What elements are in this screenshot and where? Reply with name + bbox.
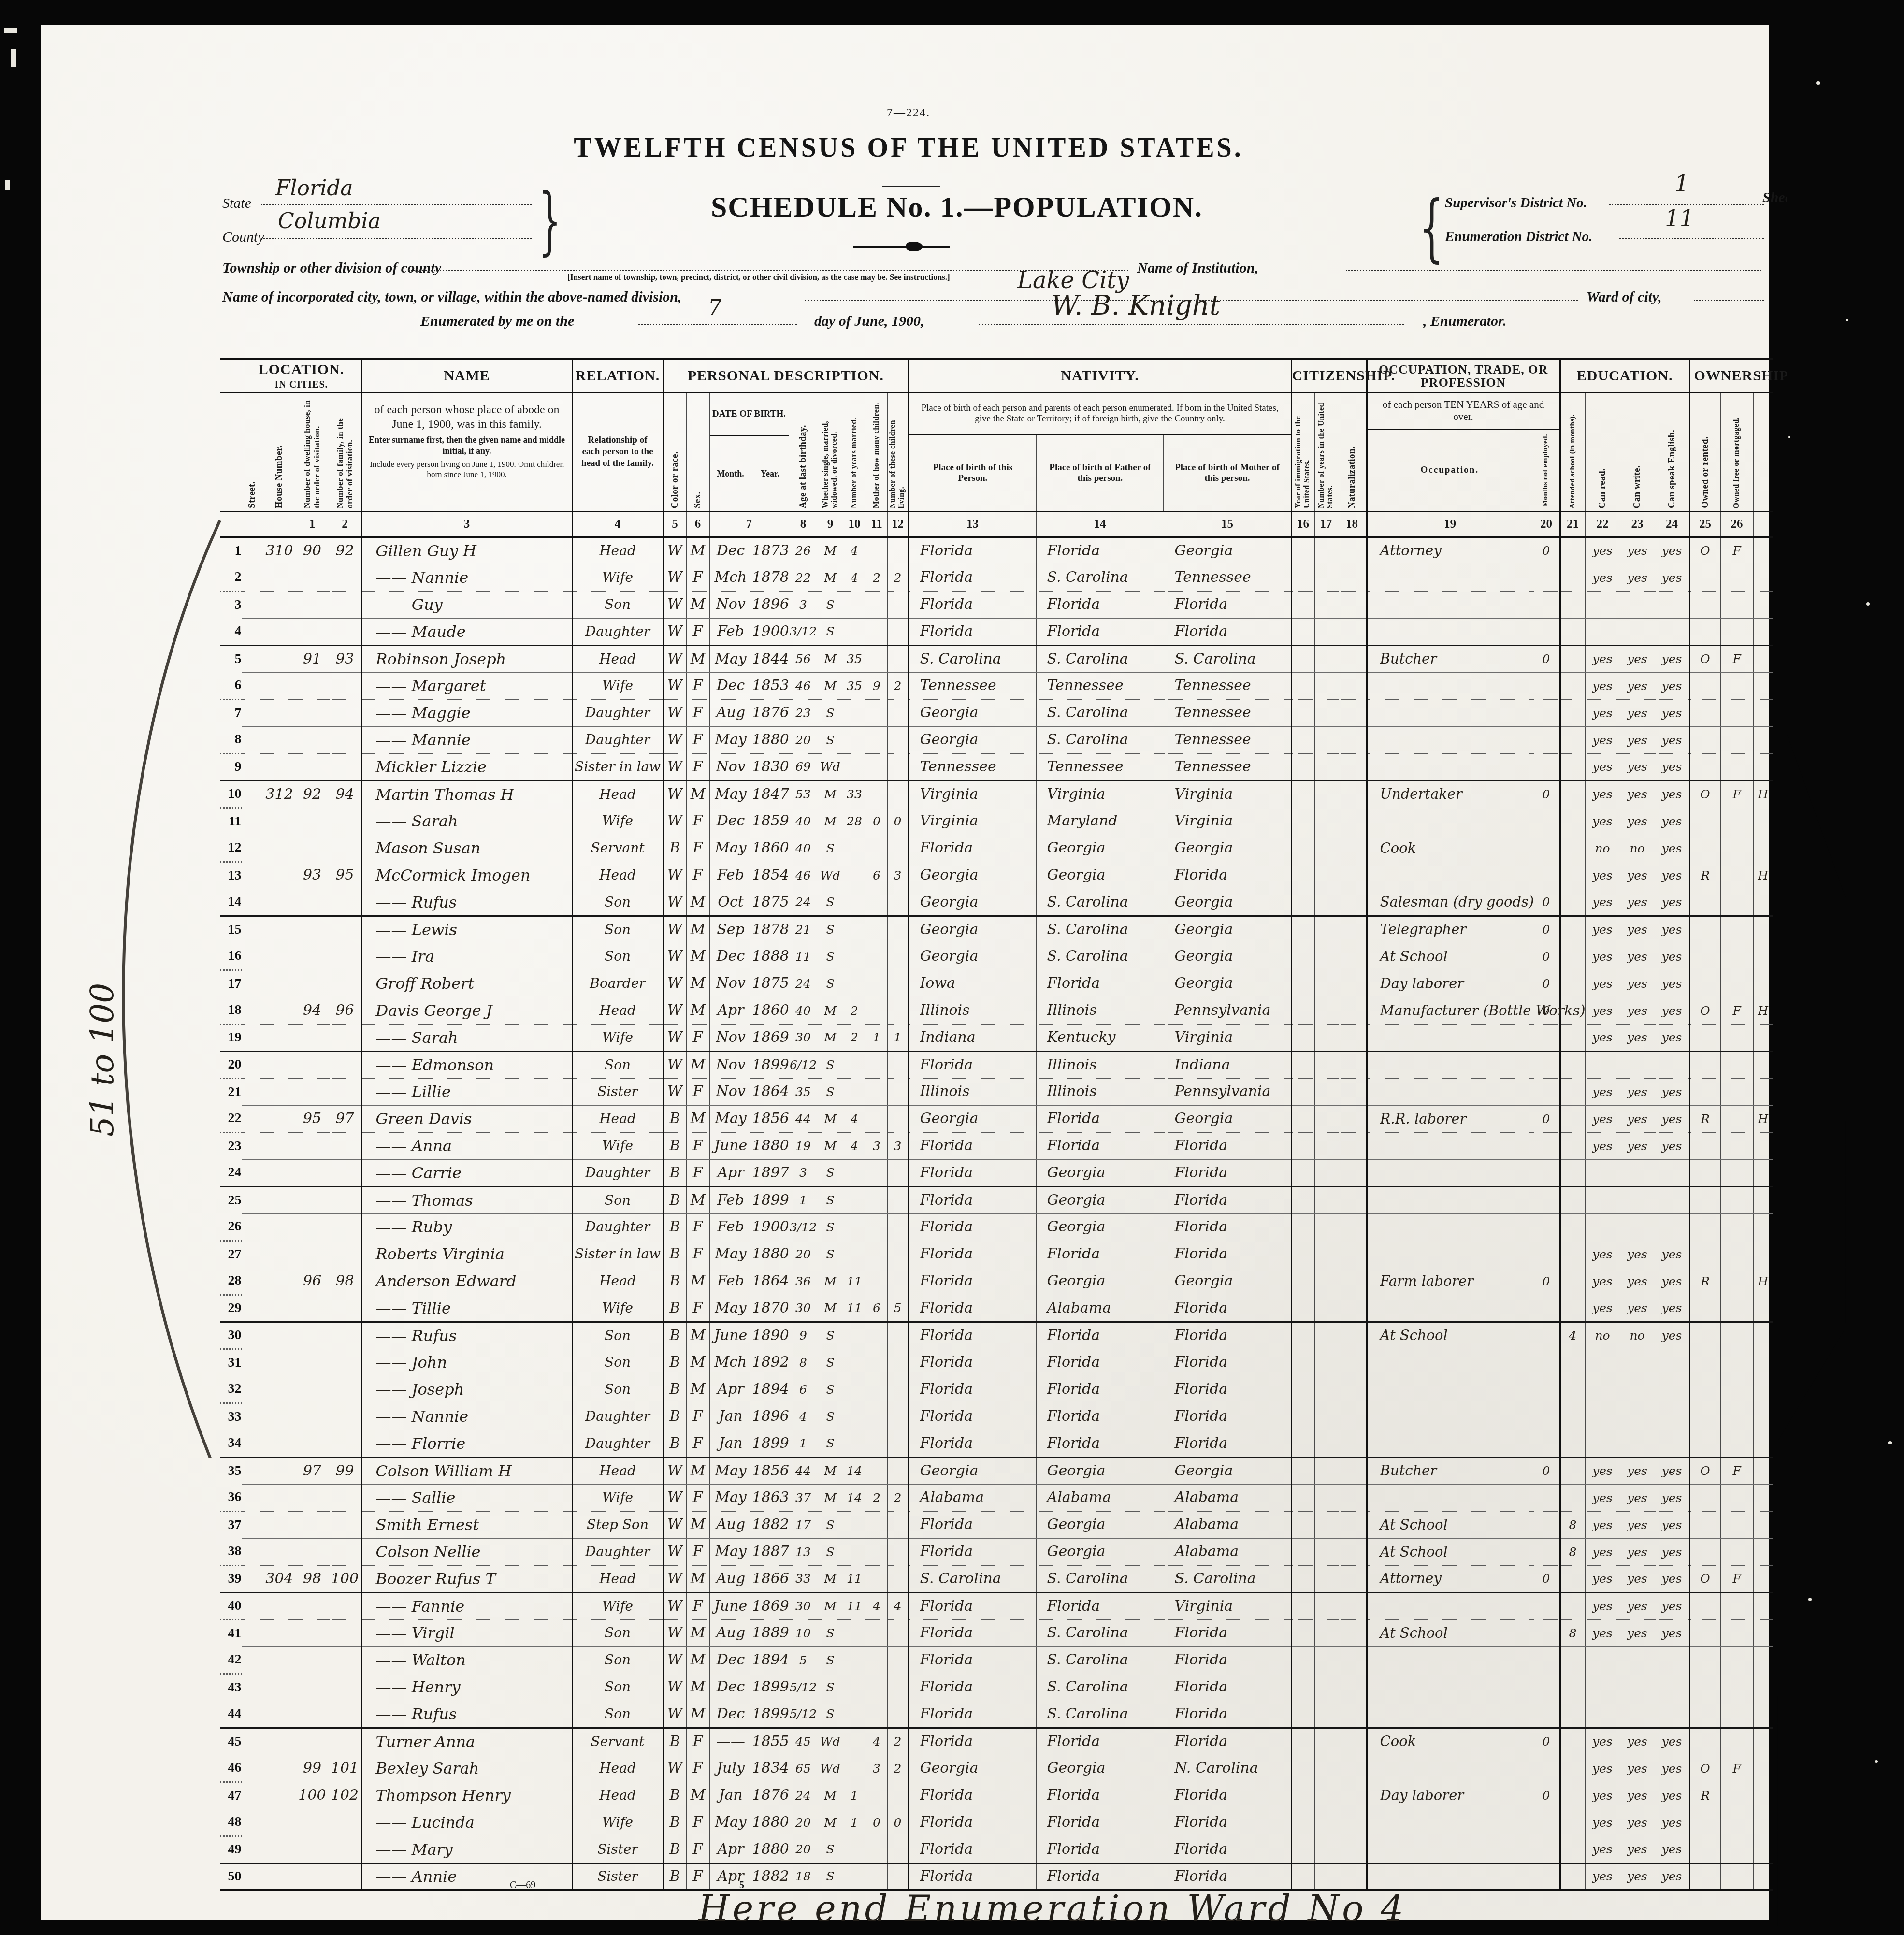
cell-birth-year: 1897 [752, 1159, 789, 1186]
line-number: 16 [220, 943, 242, 970]
cell-marital: S [818, 943, 843, 970]
cell-relation: Daughter [572, 1538, 663, 1565]
cell-children-living [887, 1078, 909, 1105]
cell-street [242, 618, 263, 645]
cell-years-married: 35 [843, 672, 866, 699]
cell-birth-month: May [709, 1457, 752, 1484]
cell-naturalization [1338, 1484, 1367, 1511]
cell-age: 11 [789, 943, 818, 970]
cell-can-write: yes [1620, 1024, 1655, 1051]
cell-mother-birthplace: Alabama [1164, 1511, 1291, 1538]
cell-children-living [887, 1538, 909, 1565]
cell-sex: F [686, 1078, 709, 1105]
line-number: 18 [220, 997, 242, 1024]
cell-family-number [329, 1349, 361, 1376]
cell-naturalization [1338, 1619, 1367, 1646]
cell-years-married: 11 [843, 1295, 866, 1322]
cell-age: 20 [789, 1241, 818, 1268]
cell-farm-house [1753, 1295, 1773, 1322]
cell-birth-year: 1899 [752, 1674, 789, 1701]
cell-family-number [329, 1538, 361, 1565]
cell-school-months [1560, 1782, 1585, 1809]
cell-mother-birthplace: Florida [1164, 1186, 1291, 1213]
cell-can-write: yes [1620, 672, 1655, 699]
cell-age: 20 [789, 726, 818, 753]
cell-name: —— Ira [361, 943, 572, 970]
cell-speaks-english [1655, 1674, 1689, 1701]
cell-name: —— Nannie [361, 564, 572, 591]
cell-age: 44 [789, 1457, 818, 1484]
cell-can-read: yes [1585, 1782, 1620, 1809]
scan-artifact [1846, 319, 1848, 321]
cell-house-number [263, 1782, 296, 1809]
bottom-handwritten-note: Here end Enumeration Ward No 4 [698, 1888, 1406, 1930]
cell-occupation [1367, 564, 1533, 591]
cell-dwelling-number [296, 1674, 329, 1701]
cell-years-married: 1 [843, 1782, 866, 1809]
cell-farm-house [1753, 1809, 1773, 1836]
cell-house-number [263, 1186, 296, 1213]
cell-house-number [263, 1403, 296, 1430]
cell-family-number: 95 [329, 862, 361, 889]
cell-age: 35 [789, 1078, 818, 1105]
cell-birth-year: 1869 [752, 1592, 789, 1619]
cell-father-birthplace: Florida [1036, 1782, 1164, 1809]
table-row: 2 —— Nannie Wife W F Mch 1878 22 M 4 2 2 [220, 564, 1773, 591]
cell-color: W [663, 1484, 686, 1511]
cell-immigration-year [1291, 699, 1314, 726]
cell-age: 69 [789, 753, 818, 780]
cell-months-not-employed [1533, 1674, 1560, 1701]
cell-immigration-year [1291, 1132, 1314, 1159]
table-row: 16 —— Ira Son W M Dec 1888 11 S G [220, 943, 1773, 970]
cell-children-born [866, 1078, 887, 1105]
cell-name: —— Nannie [361, 1403, 572, 1430]
cell-color: W [663, 1755, 686, 1782]
cell-farm-house [1753, 1701, 1773, 1728]
cell-speaks-english: yes [1655, 645, 1689, 672]
cell-free-mortgaged [1720, 1728, 1753, 1755]
cell-birthplace: Georgia [909, 862, 1036, 889]
cell-house-number [263, 1295, 296, 1322]
cell-relation: Wife [572, 672, 663, 699]
enumerated-day: 7 [708, 296, 721, 320]
cell-speaks-english: yes [1655, 1728, 1689, 1755]
table-row: 15 —— Lewis Son W M Sep 1878 21 S [220, 916, 1773, 943]
cell-children-born: 3 [866, 1132, 887, 1159]
cell-relation: Servant [572, 835, 663, 862]
cell-father-birthplace: S. Carolina [1036, 1646, 1164, 1674]
cell-months-not-employed: 0 [1533, 889, 1560, 916]
cell-street [242, 1430, 263, 1457]
cell-months-not-employed: 0 [1533, 970, 1560, 997]
cell-relation: Head [572, 645, 663, 672]
cell-farm-house [1753, 645, 1773, 672]
cell-marital: Wd [818, 862, 843, 889]
cell-name: —— Lillie [361, 1078, 572, 1105]
cell-sex: M [686, 1376, 709, 1403]
cell-farm-house [1753, 753, 1773, 780]
cell-children-living [887, 1241, 909, 1268]
cell-color: B [663, 1105, 686, 1132]
cell-free-mortgaged [1720, 862, 1753, 889]
cell-house-number [263, 1376, 296, 1403]
cell-father-birthplace: Georgia [1036, 1268, 1164, 1295]
cell-name: McCormick Imogen [361, 862, 572, 889]
cell-color: B [663, 1836, 686, 1863]
cell-children-living: 0 [887, 808, 909, 835]
cell-owned-rented [1689, 1430, 1720, 1457]
cell-father-birthplace: Virginia [1036, 780, 1164, 808]
scan-artifact [5, 180, 10, 190]
cell-school-months [1560, 1646, 1585, 1674]
cell-father-birthplace: S. Carolina [1036, 699, 1164, 726]
cell-street [242, 1863, 263, 1890]
cell-birth-year: 1856 [752, 1457, 789, 1484]
cell-marital: M [818, 808, 843, 835]
cell-naturalization [1338, 672, 1367, 699]
cell-father-birthplace: Florida [1036, 1105, 1164, 1132]
cell-can-read [1585, 1430, 1620, 1457]
table-row: 7 —— Maggie Daughter W F Aug 1876 23 S [220, 699, 1773, 726]
cell-can-read: yes [1585, 916, 1620, 943]
cell-immigration-year [1291, 726, 1314, 753]
cell-house-number [263, 1619, 296, 1646]
line-number: 48 [220, 1809, 242, 1836]
cell-months-not-employed [1533, 1403, 1560, 1430]
cell-birthplace: Iowa [909, 970, 1036, 997]
cell-years-married: 4 [843, 1132, 866, 1159]
cell-relation: Son [572, 889, 663, 916]
cell-can-read: yes [1585, 997, 1620, 1024]
cell-children-living: 2 [887, 1755, 909, 1782]
cell-free-mortgaged: F [1720, 997, 1753, 1024]
cell-family-number [329, 1078, 361, 1105]
cell-immigration-year [1291, 970, 1314, 997]
cell-immigration-year [1291, 1619, 1314, 1646]
cell-children-born [866, 1403, 887, 1430]
cell-months-not-employed: 0 [1533, 1565, 1560, 1592]
cell-relation: Son [572, 1674, 663, 1701]
cell-name: —— Mannie [361, 726, 572, 753]
cell-age: 22 [789, 564, 818, 591]
cell-months-not-employed [1533, 1701, 1560, 1728]
cell-mother-birthplace: Georgia [1164, 943, 1291, 970]
cell-relation: Sister [572, 1863, 663, 1890]
cell-speaks-english: yes [1655, 1024, 1689, 1051]
table-row: 46 99 101 Bexley Sarah Head W F July 183… [220, 1755, 1773, 1782]
cell-marital: Wd [818, 1755, 843, 1782]
col-owned: Owned or rented. [1689, 392, 1720, 511]
cell-dwelling-number [296, 1809, 329, 1836]
cell-can-write: yes [1620, 1863, 1655, 1890]
cell-street [242, 591, 263, 618]
cell-children-born [866, 943, 887, 970]
cell-immigration-year [1291, 1159, 1314, 1186]
col-edge [1753, 392, 1773, 511]
cell-farm-house [1753, 1376, 1773, 1403]
cell-birthplace: Florida [909, 1241, 1036, 1268]
cell-free-mortgaged [1720, 564, 1753, 591]
scan-artifact [1816, 81, 1820, 85]
enumeration-label: Enumeration District No. [1445, 229, 1592, 245]
cell-mother-birthplace: Virginia [1164, 780, 1291, 808]
cell-age: 18 [789, 1863, 818, 1890]
cell-children-born [866, 1782, 887, 1809]
cell-name: Turner Anna [361, 1728, 572, 1755]
cell-birth-month: May [709, 1538, 752, 1565]
cell-naturalization [1338, 1457, 1367, 1484]
col-mother-of: Mother of how many children. [866, 392, 887, 511]
cell-school-months [1560, 1863, 1585, 1890]
cell-free-mortgaged [1720, 1701, 1753, 1728]
cell-birth-year: 1869 [752, 1024, 789, 1051]
cell-school-months [1560, 1809, 1585, 1836]
table-row: 18 94 96 Davis George J Head W M Apr 186… [220, 997, 1773, 1024]
cell-father-birthplace: Alabama [1036, 1295, 1164, 1322]
institution-label: Name of Institution, [1137, 260, 1258, 276]
cell-can-write [1620, 1051, 1655, 1078]
cell-years-married: 4 [843, 564, 866, 591]
cell-speaks-english: yes [1655, 1484, 1689, 1511]
cell-dwelling-number: 90 [296, 537, 329, 564]
cell-years-in-us [1314, 1809, 1338, 1836]
footer-code: C—69 [510, 1880, 535, 1891]
cell-sex: M [686, 591, 709, 618]
cell-mother-birthplace: Florida [1164, 1809, 1291, 1836]
cell-house-number [263, 1349, 296, 1376]
cell-sex: M [686, 1051, 709, 1078]
cell-marital: S [818, 1376, 843, 1403]
col-naturalization: Naturalization. [1338, 392, 1367, 511]
cell-sex: F [686, 1213, 709, 1241]
cell-father-birthplace: Illinois [1036, 1051, 1164, 1078]
cell-birth-month: Feb [709, 1186, 752, 1213]
cell-birth-year: 1900 [752, 618, 789, 645]
cell-name: —— Edmonson [361, 1051, 572, 1078]
cell-speaks-english [1655, 1430, 1689, 1457]
table-row: 33 —— Nannie Daughter B F Jan 1896 4 S [220, 1403, 1773, 1430]
cell-marital: M [818, 1268, 843, 1295]
cell-children-living: 4 [887, 1592, 909, 1619]
cell-children-born [866, 645, 887, 672]
cell-sex: F [686, 1132, 709, 1159]
cell-sex: F [686, 808, 709, 835]
cell-months-not-employed [1533, 1592, 1560, 1619]
cell-relation: Wife [572, 1592, 663, 1619]
cell-house-number [263, 591, 296, 618]
cell-free-mortgaged [1720, 1619, 1753, 1646]
cell-father-birthplace: S. Carolina [1036, 916, 1164, 943]
cell-school-months [1560, 753, 1585, 780]
cell-owned-rented [1689, 1024, 1720, 1051]
cell-naturalization [1338, 1430, 1367, 1457]
cell-farm-house [1753, 1241, 1773, 1268]
cell-immigration-year [1291, 1349, 1314, 1376]
cell-family-number: 100 [329, 1565, 361, 1592]
cell-relation: Daughter [572, 1403, 663, 1430]
cell-birth-month: Feb [709, 1268, 752, 1295]
cell-relation: Daughter [572, 1430, 663, 1457]
cell-sex: F [686, 1484, 709, 1511]
cell-years-married [843, 1701, 866, 1728]
cell-relation: Head [572, 862, 663, 889]
cell-speaks-english: yes [1655, 1268, 1689, 1295]
cell-father-birthplace: Tennessee [1036, 672, 1164, 699]
cell-children-born: 6 [866, 862, 887, 889]
cell-years-married: 1 [843, 1809, 866, 1836]
cell-free-mortgaged [1720, 1674, 1753, 1701]
col-children-living: Number of these children living. [887, 392, 909, 511]
cell-birth-year: 1844 [752, 645, 789, 672]
cell-free-mortgaged [1720, 699, 1753, 726]
cell-free-mortgaged [1720, 1809, 1753, 1836]
cell-color: W [663, 943, 686, 970]
cell-sex: F [686, 1430, 709, 1457]
cell-children-living [887, 1349, 909, 1376]
cell-street [242, 1051, 263, 1078]
cell-naturalization [1338, 1322, 1367, 1349]
schedule-title: SCHEDULE No. 1.—POPULATION. [570, 190, 1343, 224]
cell-birth-year: 1880 [752, 1809, 789, 1836]
cell-occupation [1367, 1674, 1533, 1701]
cell-speaks-english [1655, 1159, 1689, 1186]
cell-street [242, 1213, 263, 1241]
cell-birth-month: Apr [709, 1159, 752, 1186]
cell-family-number [329, 1376, 361, 1403]
cell-age: 10 [789, 1619, 818, 1646]
cell-children-living: 5 [887, 1295, 909, 1322]
cell-naturalization [1338, 1024, 1367, 1051]
cell-marital: S [818, 1241, 843, 1268]
cell-children-born: 0 [866, 808, 887, 835]
line-number: 32 [220, 1376, 242, 1403]
cell-age: 40 [789, 997, 818, 1024]
cell-occupation: Manufacturer (Bottle Works) [1367, 997, 1533, 1024]
cell-color: W [663, 1511, 686, 1538]
cell-years-in-us [1314, 780, 1338, 808]
cell-months-not-employed [1533, 1051, 1560, 1078]
cell-years-in-us [1314, 1755, 1338, 1782]
cell-street [242, 916, 263, 943]
cell-school-months [1560, 1755, 1585, 1782]
cell-birth-year: 1830 [752, 753, 789, 780]
cell-months-not-employed [1533, 1024, 1560, 1051]
table-row: 26 —— Ruby Daughter B F Feb 1900 3/12 S [220, 1213, 1773, 1241]
cell-free-mortgaged [1720, 1646, 1753, 1674]
cell-color: B [663, 1322, 686, 1349]
cell-can-read [1585, 1051, 1620, 1078]
cell-children-born: 9 [866, 672, 887, 699]
cell-farm-house [1753, 699, 1773, 726]
cell-years-married: 14 [843, 1457, 866, 1484]
cell-years-in-us [1314, 1213, 1338, 1241]
cell-birthplace: Florida [909, 1809, 1036, 1836]
cell-family-number: 102 [329, 1782, 361, 1809]
cell-can-write: yes [1620, 1755, 1655, 1782]
cell-birthplace: Virginia [909, 808, 1036, 835]
cell-name: —— Thomas [361, 1186, 572, 1213]
cell-occupation [1367, 699, 1533, 726]
cell-family-number [329, 1836, 361, 1863]
table-row: 6 —— Margaret Wife W F Dec 1853 46 M 35 … [220, 672, 1773, 699]
cell-street [242, 1322, 263, 1349]
cell-birthplace: Florida [909, 1403, 1036, 1430]
cell-children-living [887, 916, 909, 943]
cell-dwelling-number [296, 1159, 329, 1186]
cell-years-in-us [1314, 645, 1338, 672]
cell-house-number [263, 1809, 296, 1836]
cell-marital: M [818, 1782, 843, 1809]
cell-owned-rented [1689, 726, 1720, 753]
cell-name: —— Annie [361, 1863, 572, 1890]
cell-can-read [1585, 618, 1620, 645]
cell-years-in-us [1314, 1484, 1338, 1511]
cell-birth-year: 1900 [752, 1213, 789, 1241]
cell-family-number [329, 1701, 361, 1728]
cell-color: W [663, 808, 686, 835]
cell-street [242, 1511, 263, 1538]
cell-occupation [1367, 1295, 1533, 1322]
cell-can-read: yes [1585, 753, 1620, 780]
cell-color: W [663, 726, 686, 753]
cell-free-mortgaged [1720, 1132, 1753, 1159]
cell-mother-birthplace: Florida [1164, 1674, 1291, 1701]
cell-children-born [866, 1538, 887, 1565]
cell-mother-birthplace: Virginia [1164, 808, 1291, 835]
cell-street [242, 1755, 263, 1782]
cell-sex: F [686, 1863, 709, 1890]
census-rows: 1 310 90 92 Gillen Guy H Head W M Dec 18… [220, 537, 1773, 1890]
cell-speaks-english: yes [1655, 564, 1689, 591]
cell-street [242, 1565, 263, 1592]
cell-speaks-english: yes [1655, 835, 1689, 862]
cell-house-number [263, 835, 296, 862]
cell-owned-rented [1689, 916, 1720, 943]
cell-family-number [329, 1241, 361, 1268]
cell-occupation: At School [1367, 1619, 1533, 1646]
cell-owned-rented [1689, 1403, 1720, 1430]
cell-free-mortgaged: F [1720, 1755, 1753, 1782]
cell-years-married [843, 835, 866, 862]
cell-free-mortgaged [1720, 1186, 1753, 1213]
cell-occupation: Butcher [1367, 645, 1533, 672]
cell-months-not-employed: 0 [1533, 943, 1560, 970]
cell-children-born [866, 1863, 887, 1890]
cell-school-months [1560, 780, 1585, 808]
cell-mother-birthplace: Florida [1164, 1430, 1291, 1457]
cell-birth-month: June [709, 1592, 752, 1619]
cell-months-not-employed [1533, 1511, 1560, 1538]
cell-speaks-english: yes [1655, 1836, 1689, 1863]
cell-naturalization [1338, 1349, 1367, 1376]
cell-children-living: 0 [887, 1809, 909, 1836]
cell-months-not-employed [1533, 1755, 1560, 1782]
cell-can-write: yes [1620, 645, 1655, 672]
cell-birth-year: 1887 [752, 1538, 789, 1565]
cell-can-read: yes [1585, 1457, 1620, 1484]
cell-free-mortgaged [1720, 672, 1753, 699]
cell-free-mortgaged [1720, 1349, 1753, 1376]
cell-name: —— Rufus [361, 1701, 572, 1728]
cell-mother-birthplace: Georgia [1164, 537, 1291, 564]
cell-children-living [887, 1782, 909, 1809]
cell-birth-month: Sep [709, 916, 752, 943]
cell-speaks-english: yes [1655, 1457, 1689, 1484]
cell-family-number [329, 916, 361, 943]
state-label: State [222, 195, 251, 212]
cell-owned-rented [1689, 1863, 1720, 1890]
